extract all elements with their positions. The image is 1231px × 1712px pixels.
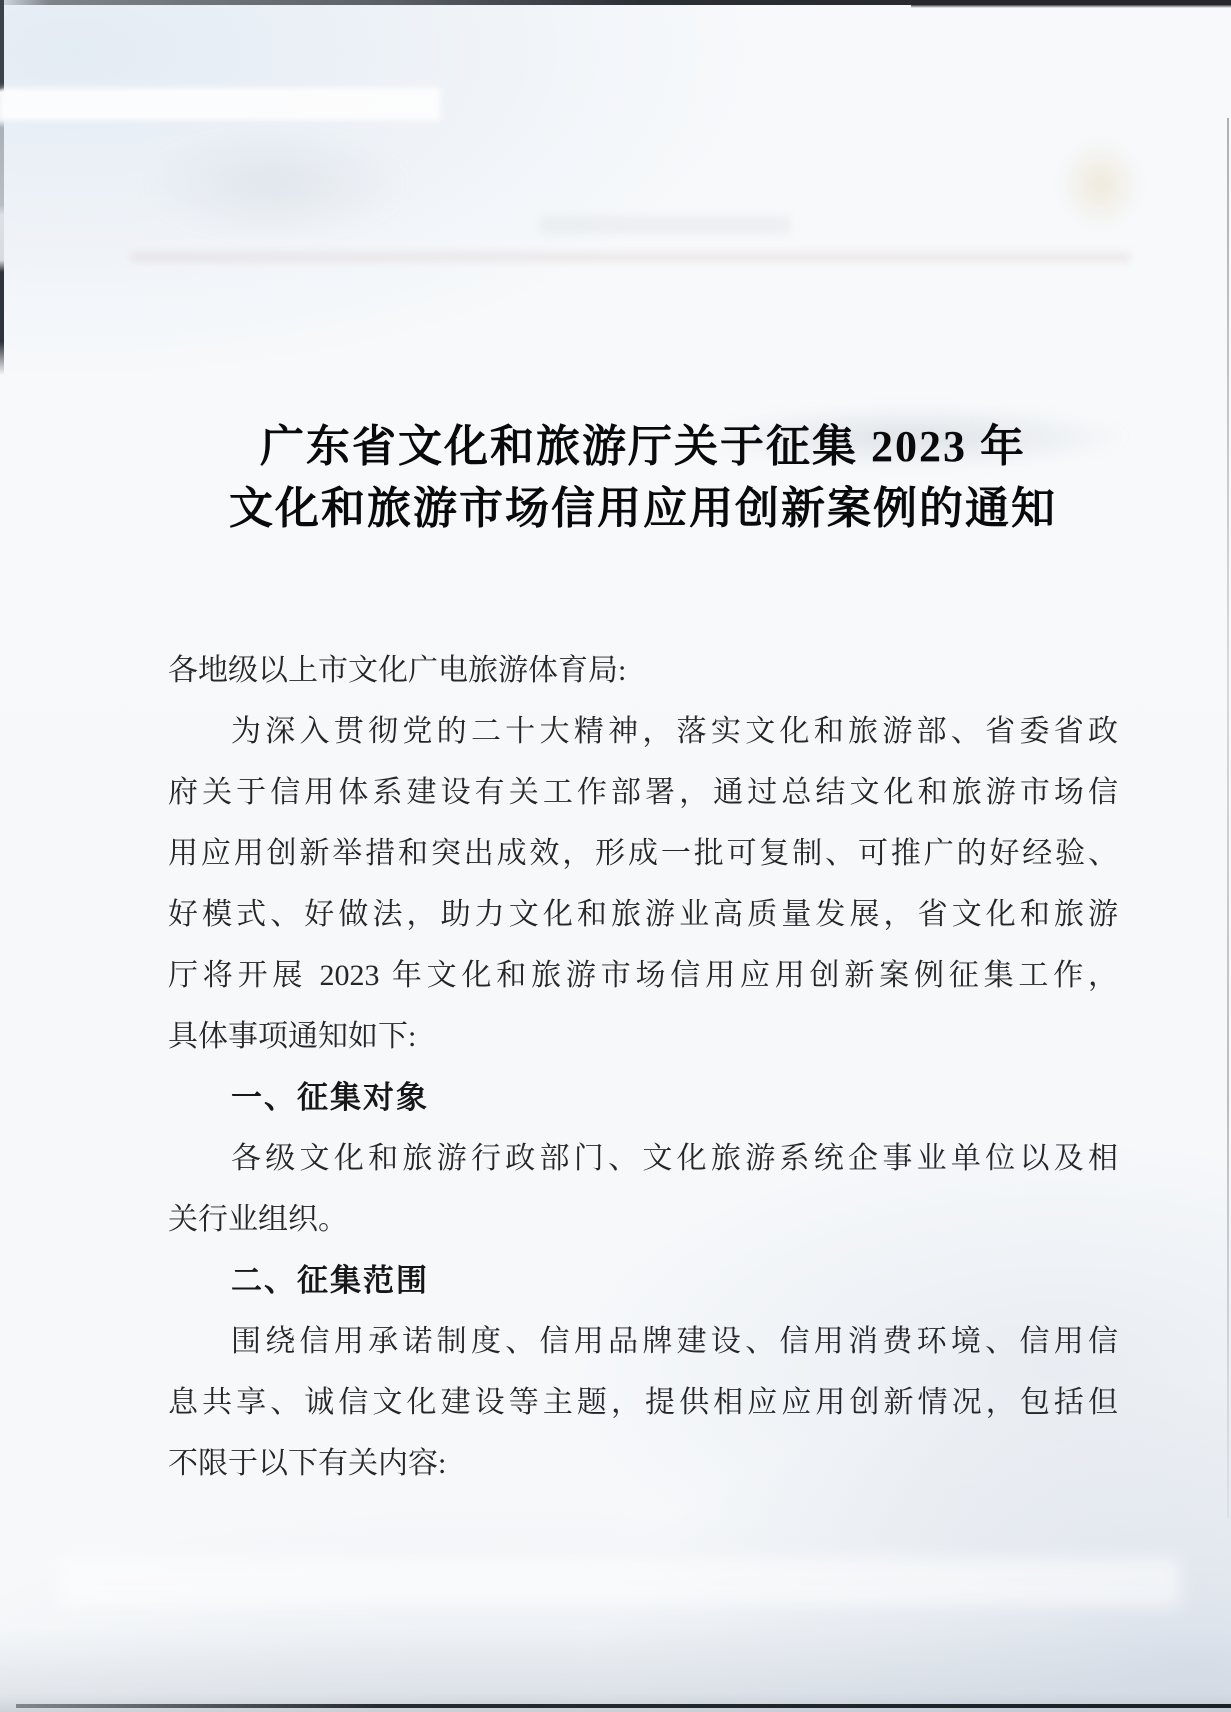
scan-artifact-left-edge [0,0,4,380]
scanned-document-page: 广东省文化和旅游厅关于征集 2023 年 文化和旅游市场信用应用创新案例的通知 … [0,0,1231,1712]
section2-line-3: 不限于以下有关内容: [168,1433,1118,1494]
scan-artifact-white-streak [60,1558,1180,1606]
paragraph1-line-5: 厅将开展 2023 年文化和旅游市场信用应用创新案例征集工作， [168,945,1118,1006]
paragraph1-line-1: 为深入贯彻党的二十大精神，落实文化和旅游部、省委省政 [168,701,1118,762]
scan-artifact-smudge [1058,138,1142,230]
scan-artifact-top-edge-right [911,0,1231,8]
paragraph1-line-3: 用应用创新举措和突出成效，形成一批可复制、可推广的好经验、 [168,823,1118,884]
scan-artifact-bottom-band [0,1628,1231,1712]
scan-artifact-smudge [130,252,1130,262]
scan-artifact-bottom-edge [16,1704,1231,1708]
salutation-line: 各地级以上市文化广电旅游体育局: [168,640,1118,701]
section2-line-2: 息共享、诚信文化建设等主题，提供相应应用创新情况，包括但 [168,1372,1118,1433]
document-title: 广东省文化和旅游厅关于征集 2023 年 文化和旅游市场信用应用创新案例的通知 [168,416,1118,540]
title-line-2: 文化和旅游市场信用应用创新案例的通知 [168,478,1118,540]
title-line-1: 广东省文化和旅游厅关于征集 2023 年 [168,416,1118,478]
section1-line-1: 各级文化和旅游行政部门、文化旅游系统企事业单位以及相 [168,1128,1118,1189]
paragraph1-line-6: 具体事项通知如下: [168,1006,1118,1067]
scan-artifact-smudge [540,216,790,234]
document-body: 各地级以上市文化广电旅游体育局: 为深入贯彻党的二十大精神，落实文化和旅游部、省… [168,640,1118,1494]
scan-artifact-white-band [0,88,440,120]
paragraph1-line-2: 府关于信用体系建设有关工作部署，通过总结文化和旅游市场信 [168,762,1118,823]
scan-artifact-right-edge [1227,118,1229,1518]
section1-line-2: 关行业组织。 [168,1189,1118,1250]
section2-line-1: 围绕信用承诺制度、信用品牌建设、信用消费环境、信用信 [168,1311,1118,1372]
section2-heading: 二、征集范围 [168,1250,1118,1311]
section1-heading: 一、征集对象 [168,1067,1118,1128]
scan-artifact-top-edge [0,0,1231,5]
scan-artifact-smudge [140,128,410,240]
paragraph1-line-4: 好模式、好做法，助力文化和旅游业高质量发展，省文化和旅游 [168,884,1118,945]
